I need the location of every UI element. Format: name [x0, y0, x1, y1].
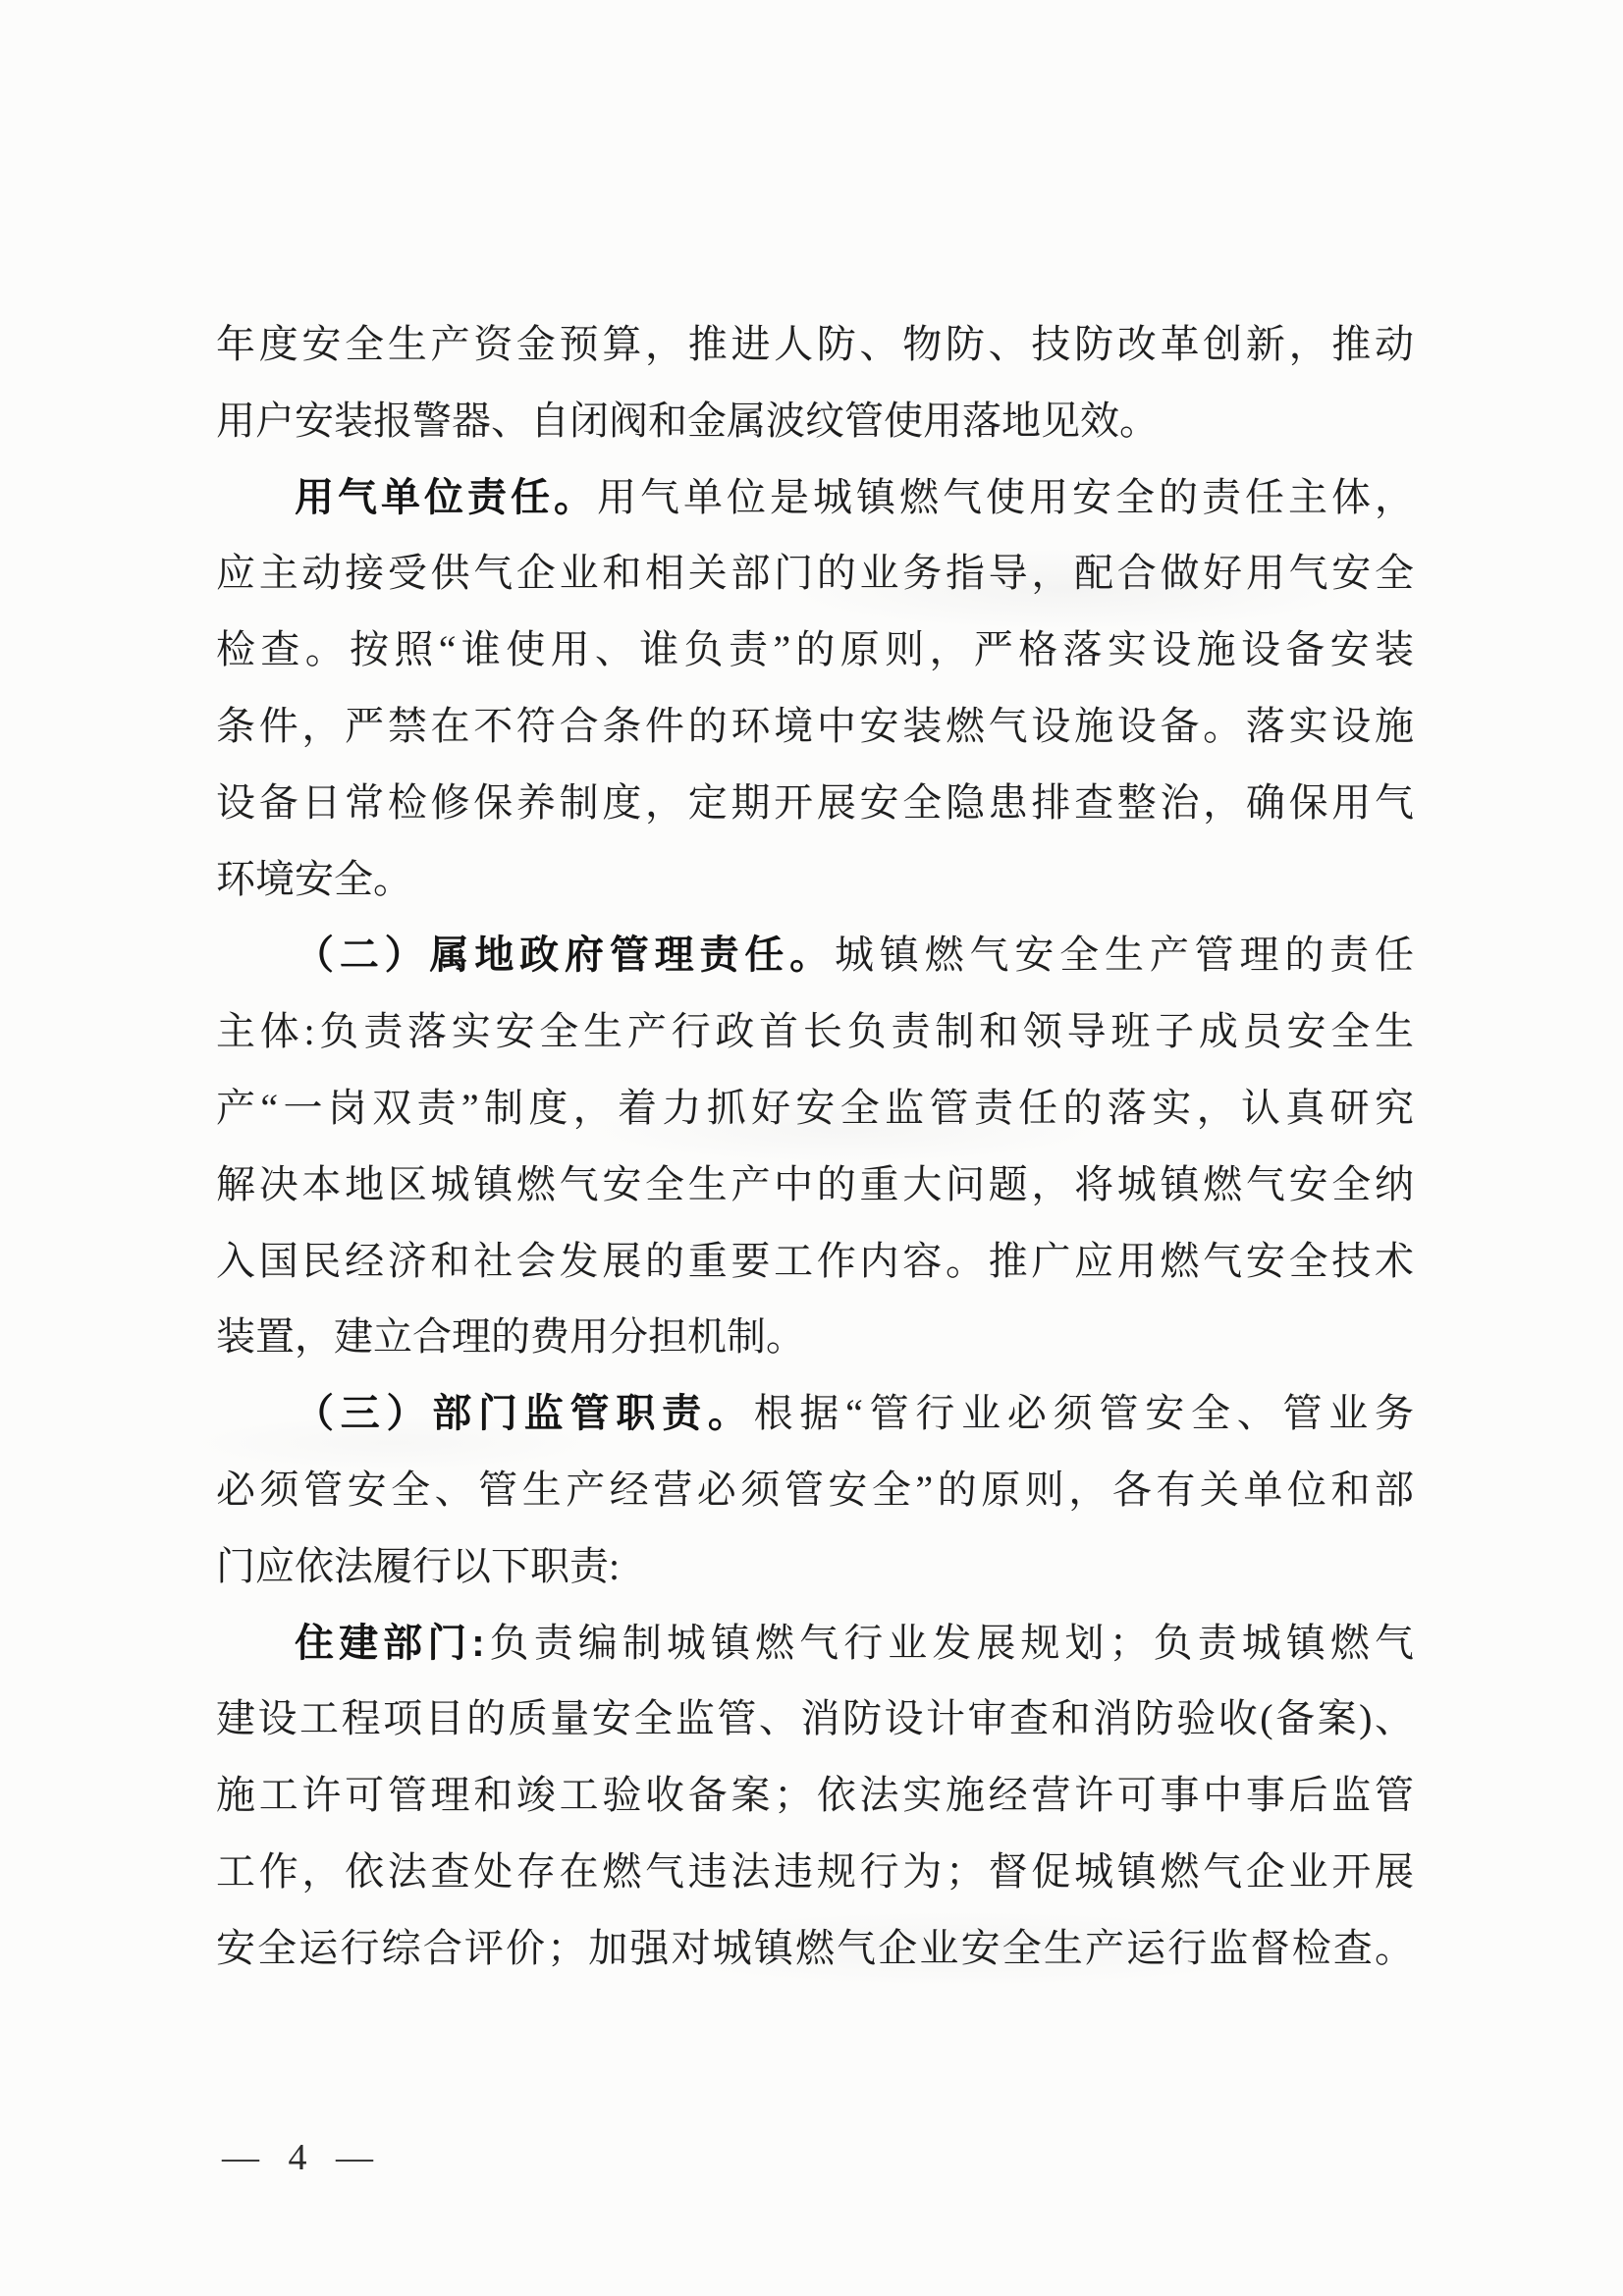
text-line: 门应依法履行以下职责: [216, 1528, 1414, 1605]
line-text-segment: 应主动接受供气企业和相关部门的业务指导，配合做好用气安全 [216, 551, 1414, 595]
text-line-paragraph-start: 用气单位责任。用气单位是城镇燃气使用安全的责任主体， [216, 459, 1414, 536]
text-line: 建设工程项目的质量安全监管、消防设计审查和消防验收(备案)、 [216, 1681, 1414, 1757]
line-text-segment: 城镇燃气安全生产管理的责任 [835, 933, 1414, 977]
text-line: 必须管安全、管生产经营必须管安全”的原则，各有关单位和部 [216, 1452, 1414, 1528]
line-text-segment: 用户安装报警器、自闭阀和金属波纹管使用落地见效。 [216, 399, 1159, 443]
text-line: 用户安装报警器、自闭阀和金属波纹管使用落地见效。 [216, 383, 1414, 459]
text-line: 应主动接受供气企业和相关部门的业务指导，配合做好用气安全 [216, 535, 1414, 612]
text-line: 环境安全。 [216, 841, 1414, 918]
text-line: 年度安全生产资金预算，推进人防、物防、技防改革创新，推动 [216, 306, 1414, 383]
page-number: — 4 — [222, 2128, 383, 2187]
text-line: 解决本地区城镇燃气安全生产中的重大问题，将城镇燃气安全纳 [216, 1147, 1414, 1223]
text-line: 装置，建立合理的费用分担机制。 [216, 1299, 1414, 1375]
line-bold-segment: 住建部门: [295, 1622, 485, 1665]
text-line: 条件，严禁在不符合条件的环境中安装燃气设施设备。落实设施 [216, 688, 1414, 765]
text-line: 工作，依法查处存在燃气违法违规行为；督促城镇燃气企业开展 [216, 1834, 1414, 1910]
document-body: 年度安全生产资金预算，推进人防、物防、技防改革创新，推动 用户安装报警器、自闭阀… [216, 306, 1414, 1987]
text-line: 安全运行综合评价；加强对城镇燃气企业安全生产运行监督检查。 [216, 1910, 1414, 1987]
text-line: 入国民经济和社会发展的重要工作内容。推广应用燃气安全技术 [216, 1223, 1414, 1300]
line-text-segment: 建设工程项目的质量安全监管、消防设计审查和消防验收(备案)、 [216, 1696, 1414, 1740]
line-bold-segment: 用气单位责任。 [295, 476, 597, 519]
line-text-segment: 环境安全。 [216, 857, 412, 901]
text-line: 设备日常检修保养制度，定期开展安全隐患排查整治，确保用气 [216, 765, 1414, 841]
text-line-paragraph-start: 住建部门:负责编制城镇燃气行业发展规划；负责城镇燃气 [216, 1605, 1414, 1682]
line-text-segment: 解决本地区城镇燃气安全生产中的重大问题，将城镇燃气安全纳 [216, 1162, 1414, 1206]
line-text-segment: 条件，严禁在不符合条件的环境中安装燃气设施设备。落实设施 [216, 704, 1414, 748]
text-line: 施工许可管理和竣工验收备案；依法实施经营许可事中事后监管 [216, 1757, 1414, 1834]
line-text-segment: 检查。按照“谁使用、谁负责”的原则，严格落实设施设备安装 [216, 627, 1414, 671]
scanned-document-page: 年度安全生产资金预算，推进人防、物防、技防改革创新，推动 用户安装报警器、自闭阀… [0, 0, 1623, 2296]
line-text-segment: 工作，依法查处存在燃气违法违规行为；督促城镇燃气企业开展 [216, 1849, 1414, 1894]
line-text-segment: 必须管安全、管生产经营必须管安全”的原则，各有关单位和部 [216, 1468, 1414, 1512]
text-line-paragraph-start: （二）属地政府管理责任。城镇燃气安全生产管理的责任 [216, 917, 1414, 993]
line-text-segment: 年度安全生产资金预算，推进人防、物防、技防改革创新，推动 [216, 322, 1414, 366]
line-text-segment: 负责编制城镇燃气行业发展规划；负责城镇燃气 [485, 1621, 1414, 1665]
line-text-segment: 主体:负责落实安全生产行政首长负责制和领导班子成员安全生 [216, 1009, 1414, 1053]
text-line: 检查。按照“谁使用、谁负责”的原则，严格落实设施设备安装 [216, 612, 1414, 688]
line-text-segment: 产“一岗双责”制度，着力抓好安全监管责任的落实，认真研究 [216, 1086, 1414, 1130]
line-text-segment: 用气单位是城镇燃气使用安全的责任主体， [597, 475, 1414, 519]
text-line: 产“一岗双责”制度，着力抓好安全监管责任的落实，认真研究 [216, 1070, 1414, 1147]
line-text-segment: 安全运行综合评价；加强对城镇燃气企业安全生产运行监督检查。 [216, 1926, 1414, 1970]
line-bold-segment: （三）部门监管职责。 [295, 1392, 754, 1435]
line-text-segment: 设备日常检修保养制度，定期开展安全隐患排查整治，确保用气 [216, 780, 1414, 825]
line-text-segment: 施工许可管理和竣工验收备案；依法实施经营许可事中事后监管 [216, 1773, 1414, 1817]
line-text-segment: 门应依法履行以下职责: [216, 1544, 620, 1588]
text-line: 主体:负责落实安全生产行政首长负责制和领导班子成员安全生 [216, 993, 1414, 1070]
line-text-segment: 装置，建立合理的费用分担机制。 [216, 1314, 805, 1359]
line-bold-segment: （二）属地政府管理责任。 [295, 934, 835, 977]
text-line-paragraph-start: （三）部门监管职责。根据“管行业必须管安全、管业务 [216, 1375, 1414, 1452]
line-text-segment: 入国民经济和社会发展的重要工作内容。推广应用燃气安全技术 [216, 1239, 1414, 1283]
line-text-segment: 根据“管行业必须管安全、管业务 [754, 1391, 1414, 1435]
